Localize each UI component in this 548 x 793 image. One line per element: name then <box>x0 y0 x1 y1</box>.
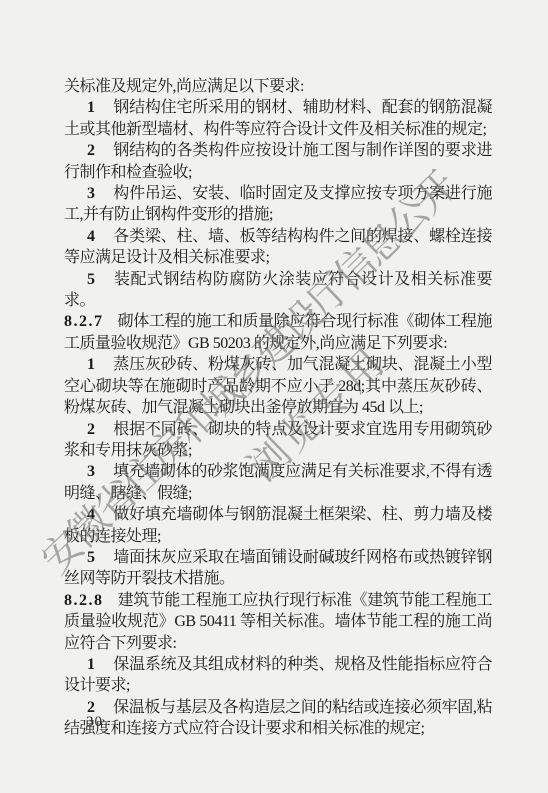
section-text: 砌体工程的施工和质量除应符合现行标准《砌体工程施工质量验收规范》GB 50203… <box>64 313 492 351</box>
clause-item: 4做好填充墙砌体与钢筋混凝土框架梁、柱、剪力墙及楼板的连接处理; <box>64 504 492 547</box>
item-text: 墙面抹灰应采取在墙面铺设耐碱玻纤网格布或热镀锌钢丝网等防开裂技术措施。 <box>64 549 492 587</box>
section-number: 8.2.7 <box>64 313 104 330</box>
item-number: 1 <box>87 656 95 673</box>
item-number: 5 <box>87 271 95 288</box>
item-number: 3 <box>87 185 95 202</box>
item-number: 2 <box>87 421 95 438</box>
clause-item: 3填充墙砌体的砂浆饱满度应满足有关标准要求,不得有透明缝、瞎缝、假缝; <box>64 461 492 504</box>
item-text: 装配式钢结构防腐防火涂装应符合设计及相关标准要求。 <box>64 271 492 309</box>
item-number: 1 <box>87 99 95 116</box>
item-text: 钢结构住宅所采用的钢材、辅助材料、配套的钢筋混凝土或其他新型墙材、构件等应符合设… <box>64 99 492 137</box>
continuation-paragraph: 关标准及规定外,尚应满足以下要求: <box>64 76 492 97</box>
item-number: 4 <box>87 228 95 245</box>
item-number: 1 <box>87 356 95 373</box>
item-text: 构件吊运、安装、临时固定及支撑应按专项方案进行施工,并有防止钢构件变形的措施; <box>64 185 492 223</box>
item-text: 填充墙砌体的砂浆饱满度应满足有关标准要求,不得有透明缝、瞎缝、假缝; <box>64 463 492 501</box>
item-text: 根据不同砖、砌块的特点及设计要求宜选用专用砌筑砂浆和专用抹灰砂浆; <box>64 421 492 459</box>
item-number: 4 <box>87 506 95 523</box>
clause-item: 1保温系统及其组成材料的种类、规格及性能指标应符合设计要求; <box>64 654 492 697</box>
clause-item: 1钢结构住宅所采用的钢材、辅助材料、配套的钢筋混凝土或其他新型墙材、构件等应符合… <box>64 97 492 140</box>
item-text: 各类梁、柱、墙、板等结构构件之间的焊接、螺栓连接等应满足设计及相关标准要求; <box>64 228 492 266</box>
item-text: 蒸压灰砂砖、粉煤灰砖、加气混凝土砌块、混凝土小型空心砌块等在施砌时产品龄期不应小… <box>64 356 492 416</box>
clause-item: 2根据不同砖、砌块的特点及设计要求宜选用专用砌筑砂浆和专用抹灰砂浆; <box>64 419 492 462</box>
item-number: 5 <box>87 549 95 566</box>
clause-section: 8.2.8建筑节能工程施工应执行现行标准《建筑节能工程施工质量验收规范》GB 5… <box>64 590 492 654</box>
item-text: 保温板与基层及各构造层之间的粘结或连接必须牢固,粘结强度和连接方式应符合设计要求… <box>64 699 492 737</box>
clause-item: 4各类梁、柱、墙、板等结构构件之间的焊接、螺栓连接等应满足设计及相关标准要求; <box>64 226 492 269</box>
document-page: 关标准及规定外,尚应满足以下要求: 1钢结构住宅所采用的钢材、辅助材料、配套的钢… <box>0 0 548 793</box>
clause-item: 3构件吊运、安装、临时固定及支撑应按专项方案进行施工,并有防止钢构件变形的措施; <box>64 183 492 226</box>
clause-section: 8.2.7砌体工程的施工和质量除应符合现行标准《砌体工程施工质量验收规范》GB … <box>64 311 492 354</box>
page-number: 30 <box>86 714 103 731</box>
item-text: 保温系统及其组成材料的种类、规格及性能指标应符合设计要求; <box>64 656 492 694</box>
document-text-block: 关标准及规定外,尚应满足以下要求: 1钢结构住宅所采用的钢材、辅助材料、配套的钢… <box>64 76 492 740</box>
clause-item: 5墙面抹灰应采取在墙面铺设耐碱玻纤网格布或热镀锌钢丝网等防开裂技术措施。 <box>64 547 492 590</box>
item-text: 钢结构的各类构件应按设计施工图与制作详图的要求进行制作和检查验收; <box>64 142 492 180</box>
clause-item: 2钢结构的各类构件应按设计施工图与制作详图的要求进行制作和检查验收; <box>64 140 492 183</box>
clause-item: 5装配式钢结构防腐防火涂装应符合设计及相关标准要求。 <box>64 269 492 312</box>
section-text: 建筑节能工程施工应执行现行标准《建筑节能工程施工质量验收规范》GB 50411 … <box>64 592 492 652</box>
item-number: 2 <box>87 142 95 159</box>
clause-item: 2保温板与基层及各构造层之间的粘结或连接必须牢固,粘结强度和连接方式应符合设计要… <box>64 697 492 740</box>
clause-item: 1蒸压灰砂砖、粉煤灰砖、加气混凝土砌块、混凝土小型空心砌块等在施砌时产品龄期不应… <box>64 354 492 418</box>
item-text: 做好填充墙砌体与钢筋混凝土框架梁、柱、剪力墙及楼板的连接处理; <box>64 506 492 544</box>
section-number: 8.2.8 <box>64 592 104 609</box>
item-number: 3 <box>87 463 95 480</box>
